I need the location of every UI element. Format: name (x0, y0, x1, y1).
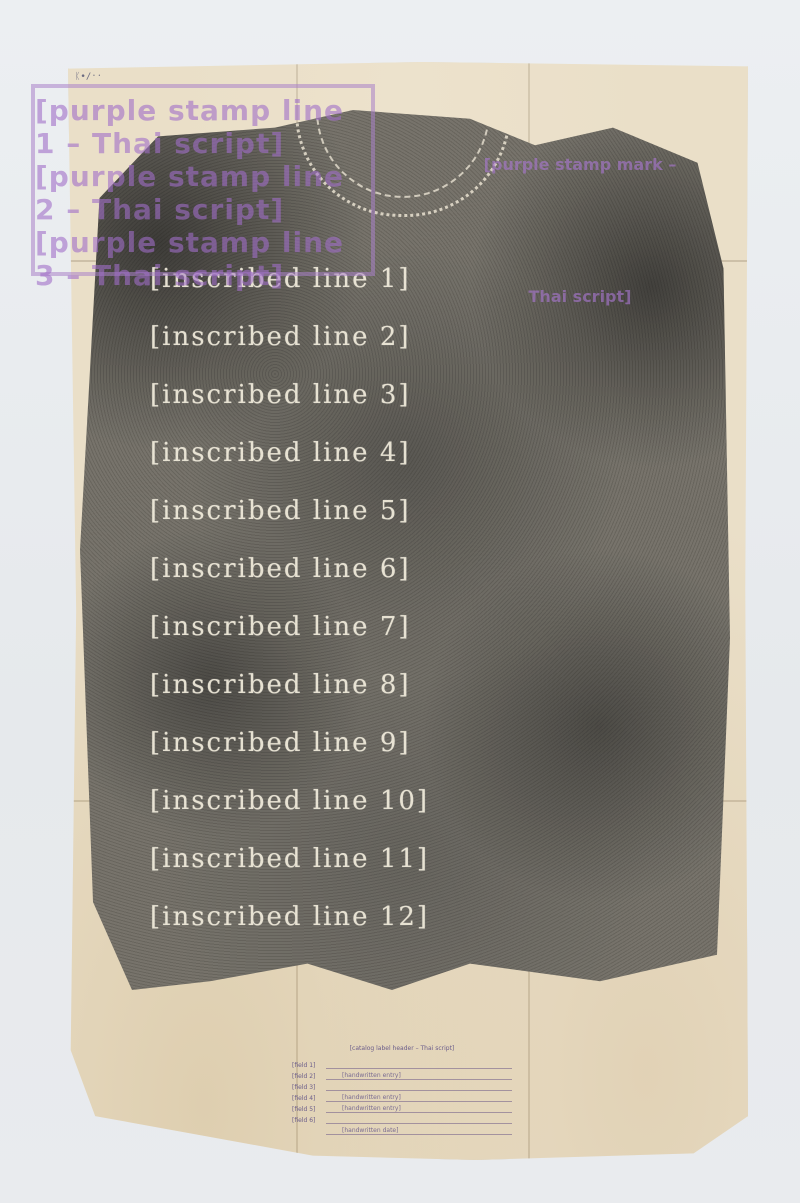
label-key: [field 1] (292, 1063, 326, 1069)
label-value: [handwritten entry] (326, 1073, 512, 1080)
stamp-line: [purple stamp line 3 – Thai script] (35, 226, 371, 292)
inscription-text: [inscribed line 1] [inscribed line 2] [i… (150, 250, 700, 946)
stamp-line: [purple stamp line 2 – Thai script] (35, 160, 371, 226)
label-key: [field 4] (292, 1096, 326, 1102)
inscription-line: [inscribed line 6] (150, 540, 700, 598)
label-value (326, 1068, 512, 1069)
label-row: [field 4] [handwritten entry] (292, 1091, 512, 1102)
stamp-line: [purple stamp line 1 – Thai script] (35, 94, 371, 160)
inscription-line: [inscribed line 8] (150, 656, 700, 714)
label-key: [field 6] (292, 1118, 326, 1124)
label-value: [handwritten entry] (326, 1106, 512, 1113)
label-value (326, 1090, 512, 1091)
label-row: [field 6] (292, 1113, 512, 1124)
label-key: [field 5] (292, 1107, 326, 1113)
label-title: [catalog label header – Thai script] (292, 1046, 512, 1052)
label-value: [handwritten entry] (326, 1095, 512, 1102)
label-row: [field 3] (292, 1080, 512, 1091)
label-row: [handwritten date] (292, 1124, 512, 1135)
inscription-line: [inscribed line 3] (150, 366, 700, 424)
catalog-label: [catalog label header – Thai script] [fi… (292, 1046, 512, 1136)
inscription-line: [inscribed line 4] (150, 424, 700, 482)
purple-stamp-mark: [purple stamp mark – Thai script] (470, 66, 690, 198)
inscription-line: [inscribed line 7] (150, 598, 700, 656)
label-value: [handwritten date] (326, 1128, 512, 1135)
institution-stamp: [purple stamp line 1 – Thai script] [pur… (31, 84, 375, 276)
inscription-line: [inscribed line 12] (150, 888, 700, 946)
inscription-line: [inscribed line 5] (150, 482, 700, 540)
label-row: [field 5] [handwritten entry] (292, 1102, 512, 1113)
label-row: [field 1] (292, 1058, 512, 1069)
label-value (326, 1123, 512, 1124)
corner-pencil-note: ᛕ•/᛫᛫ (75, 72, 102, 82)
label-key: [field 3] (292, 1085, 326, 1091)
inscription-line: [inscribed line 11] (150, 830, 700, 888)
inscription-line: [inscribed line 9] (150, 714, 700, 772)
label-key: [field 2] (292, 1074, 326, 1080)
label-row: [field 2] [handwritten entry] (292, 1069, 512, 1080)
inscription-line: [inscribed line 10] (150, 772, 700, 830)
